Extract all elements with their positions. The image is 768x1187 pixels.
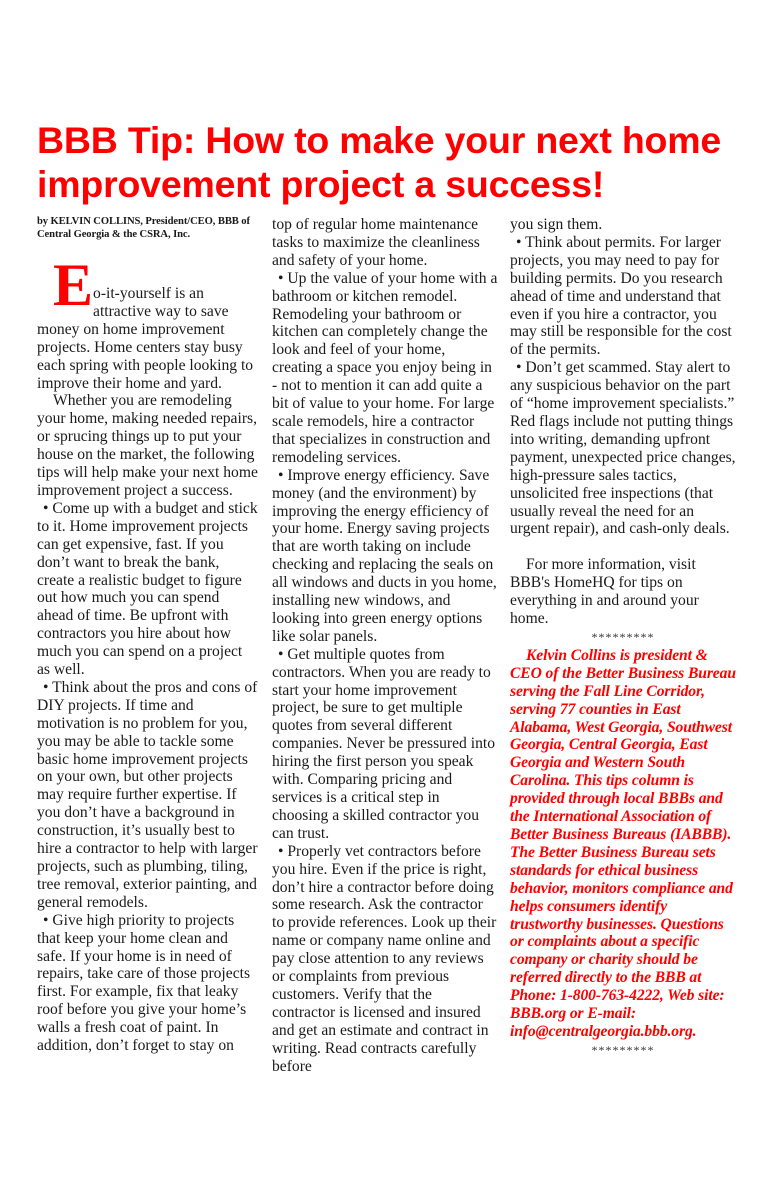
separator: ********* <box>510 630 736 644</box>
drop-cap: E <box>53 263 93 305</box>
tip-quotes: • Get multiple quotes from contractors. … <box>272 646 498 843</box>
paragraph-whether: Whether you are remodeling your home, ma… <box>37 392 259 499</box>
tip-budget: • Come up with a budget and stick to it.… <box>37 500 259 679</box>
spacer <box>510 538 736 556</box>
tip-scams: • Don’t get scammed. Stay alert to any s… <box>510 359 736 538</box>
column-1: by KELVIN COLLINS, President/CEO, BBB of… <box>37 216 259 1055</box>
tip-vet-continued: you sign them. <box>510 216 736 234</box>
article-headline: BBB Tip: How to make your next home impr… <box>37 118 757 206</box>
tip-value: • Up the value of your home with a bathr… <box>272 270 498 467</box>
tip-permits: • Think about permits. For larger projec… <box>510 234 736 359</box>
closing-separator: ********* <box>510 1043 736 1057</box>
author-bio: Kelvin Collins is president & CEO of the… <box>510 647 736 1041</box>
column-3: you sign them. • Think about permits. Fo… <box>510 216 736 1060</box>
tip-energy: • Improve energy efficiency. Save money … <box>272 467 498 646</box>
tip-priority-continued: top of regular home maintenance tasks to… <box>272 216 498 270</box>
tip-vet: • Properly vet contractors before you hi… <box>272 843 498 1076</box>
tip-priority: • Give high priority to projects that ke… <box>37 912 259 1055</box>
byline: by KELVIN COLLINS, President/CEO, BBB of… <box>37 216 259 241</box>
column-2: top of regular home maintenance tasks to… <box>272 216 498 1076</box>
tip-diy: • Think about the pros and cons of DIY p… <box>37 679 259 912</box>
lead-paragraph: E o-it-yourself is an attractive way to … <box>37 261 259 392</box>
more-info: For more information, visit BBB's HomeHQ… <box>510 556 736 628</box>
